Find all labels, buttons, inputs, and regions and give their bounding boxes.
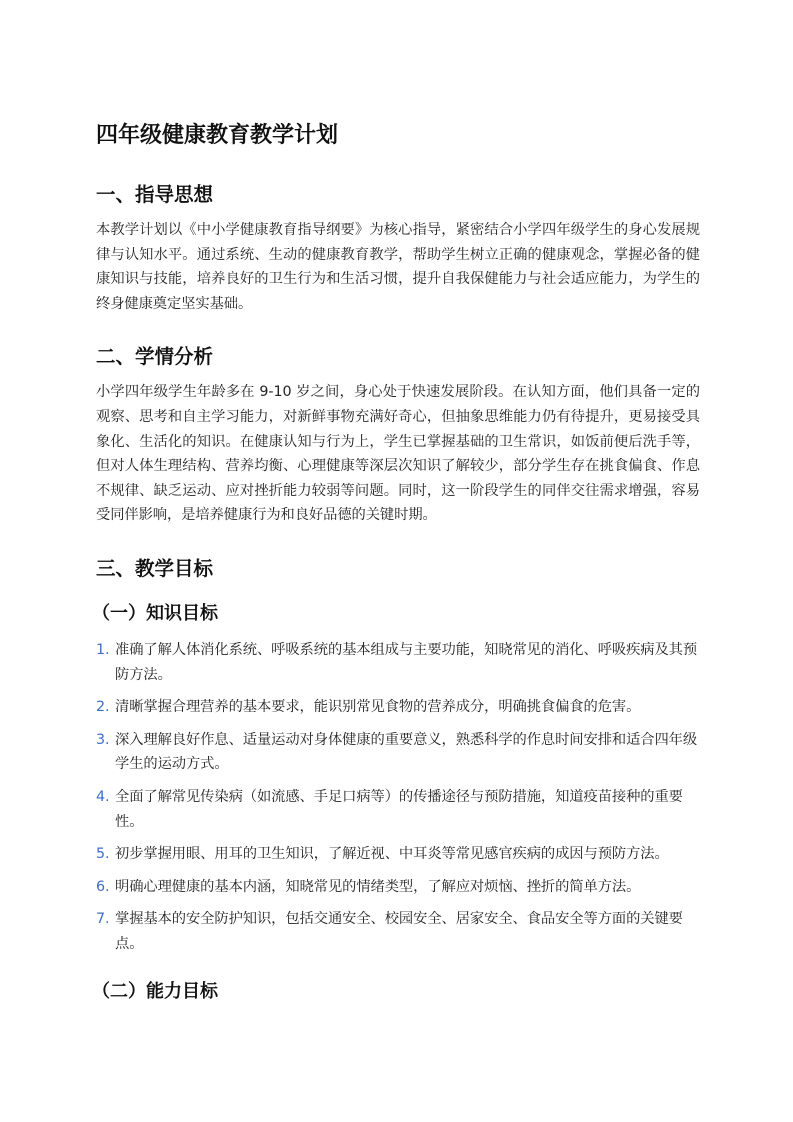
list-number: 1. [96,638,109,663]
list-number: 2. [96,695,109,720]
subsection-heading: （二）能力目标 [92,978,700,1006]
list-item-text: 掌握基本的安全防护知识，包括交通安全、校园安全、居家安全、食品安全等方面的关键要… [115,911,683,952]
list-item-text: 明确心理健康的基本内涵，知晓常见的情绪类型，了解应对烦恼、挫折的简单方法。 [115,879,640,895]
section-paragraph: 本教学计划以《中小学健康教育指导纲要》为核心指导，紧密结合小学四年级学生的身心发… [96,218,700,316]
list-item: 5. 初步掌握用眼、用耳的卫生知识，了解近视、中耳炎等常见感官疾病的成因与预防方… [96,842,700,867]
section-heading: 三、教学目标 [96,554,700,584]
list-item: 2. 清晰掌握合理营养的基本要求，能识别常见食物的营养成分，明确挑食偏食的危害。 [96,695,700,720]
list-item-text: 准确了解人体消化系统、呼吸系统的基本组成与主要功能，知晓常见的消化、呼吸疾病及其… [115,642,697,683]
list-item: 3. 深入理解良好作息、适量运动对身体健康的重要意义，熟悉科学的作息时间安排和适… [96,728,700,777]
knowledge-goals-list: 1. 准确了解人体消化系统、呼吸系统的基本组成与主要功能，知晓常见的消化、呼吸疾… [96,638,700,957]
list-number: 7. [96,907,109,932]
list-item-text: 全面了解常见传染病（如流感、手足口病等）的传播途径与预防措施，知道疫苗接种的重要… [115,789,683,830]
document-title: 四年级健康教育教学计划 [96,120,700,152]
subsection-knowledge-goals: （一）知识目标 1. 准确了解人体消化系统、呼吸系统的基本组成与主要功能，知晓常… [96,600,700,957]
section-guiding-ideology: 一、指导思想 本教学计划以《中小学健康教育指导纲要》为核心指导，紧密结合小学四年… [96,180,700,316]
list-number: 4. [96,785,109,810]
section-student-analysis: 二、学情分析 小学四年级学生年龄多在 9-10 岁之间，身心处于快速发展阶段。在… [96,342,700,528]
list-item: 7. 掌握基本的安全防护知识，包括交通安全、校园安全、居家安全、食品安全等方面的… [96,907,700,956]
section-heading: 一、指导思想 [96,180,700,210]
list-item-text: 深入理解良好作息、适量运动对身体健康的重要意义，熟悉科学的作息时间安排和适合四年… [115,732,697,773]
section-teaching-goals: 三、教学目标 （一）知识目标 1. 准确了解人体消化系统、呼吸系统的基本组成与主… [96,554,700,1007]
list-number: 5. [96,842,109,867]
list-item: 6. 明确心理健康的基本内涵，知晓常见的情绪类型，了解应对烦恼、挫折的简单方法。 [96,875,700,900]
document-page: 四年级健康教育教学计划 一、指导思想 本教学计划以《中小学健康教育指导纲要》为核… [96,120,700,1016]
subsection-heading: （一）知识目标 [92,600,700,628]
subsection-ability-goals: （二）能力目标 [96,978,700,1006]
list-number: 6. [96,875,109,900]
list-number: 3. [96,728,109,753]
list-item-text: 初步掌握用眼、用耳的卫生知识，了解近视、中耳炎等常见感官疾病的成因与预防方法。 [115,846,669,862]
list-item: 1. 准确了解人体消化系统、呼吸系统的基本组成与主要功能，知晓常见的消化、呼吸疾… [96,638,700,687]
section-heading: 二、学情分析 [96,342,700,372]
list-item-text: 清晰掌握合理营养的基本要求，能识别常见食物的营养成分，明确挑食偏食的危害。 [115,699,640,715]
section-paragraph: 小学四年级学生年龄多在 9-10 岁之间，身心处于快速发展阶段。在认知方面，他们… [96,380,700,528]
list-item: 4. 全面了解常见传染病（如流感、手足口病等）的传播途径与预防措施，知道疫苗接种… [96,785,700,834]
